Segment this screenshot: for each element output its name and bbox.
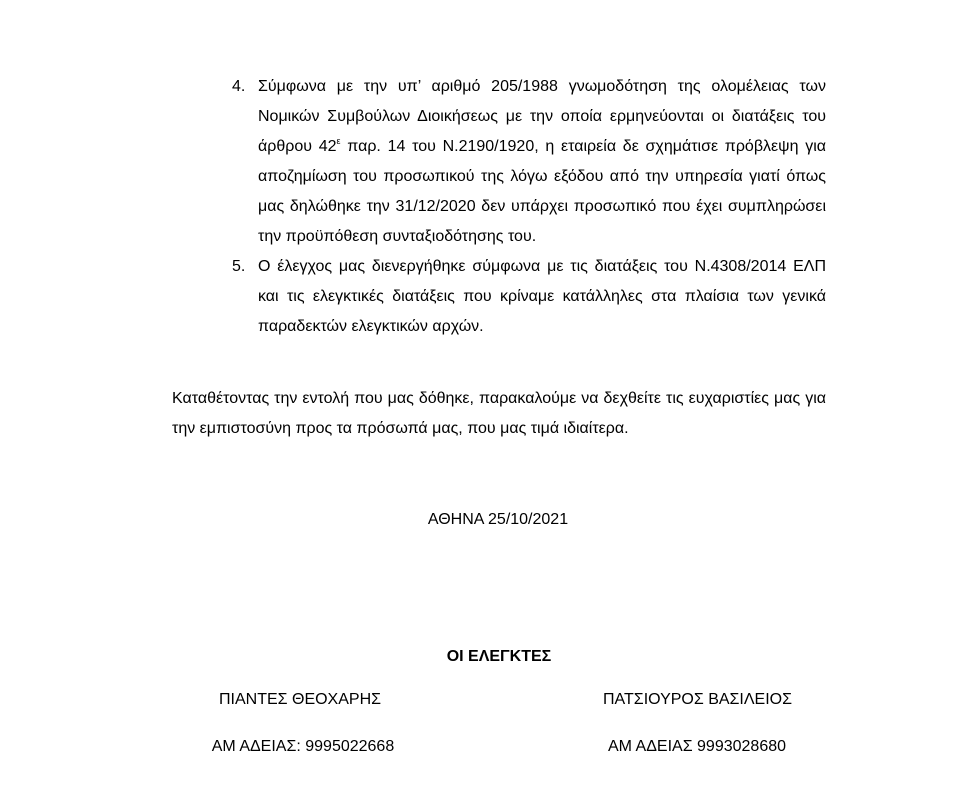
list-text-part: παρ. 14 του Ν.2190/1920, η εταιρεία δε σ… <box>258 138 826 245</box>
auditors-title: ΟΙ ΕΛΕΓΚΤΕΣ <box>0 645 965 669</box>
document-page: 4. Σύμφωνα με την υπ’ αριθμό 205/1988 γν… <box>0 0 965 793</box>
list-item-5: 5. Ο έλεγχος μας διενεργήθηκε σύμφωνα με… <box>232 252 826 342</box>
closing-paragraph: Καταθέτοντας την εντολή που μας δόθηκε, … <box>172 384 826 444</box>
numbered-list: 4. Σύμφωνα με την υπ’ αριθμό 205/1988 γν… <box>232 72 826 342</box>
signatory-left-license: ΑΜ ΑΔΕΙΑΣ: 9995022668 <box>190 735 416 759</box>
list-item-4: 4. Σύμφωνα με την υπ’ αριθμό 205/1988 γν… <box>232 72 826 252</box>
signatory-right-name: ΠΑΤΣΙΟΥΡΟΣ ΒΑΣΙΛΕΙΟΣ <box>580 688 815 712</box>
list-item-text: Σύμφωνα με την υπ’ αριθμό 205/1988 γνωμο… <box>258 78 826 245</box>
list-number: 5. <box>232 252 245 282</box>
list-number: 4. <box>232 72 245 102</box>
list-item-text: Ο έλεγχος μας διενεργήθηκε σύμφωνα με τι… <box>258 258 826 335</box>
signatory-left-name: ΠΙΑΝΤΕΣ ΘΕΟΧΑΡΗΣ <box>200 688 400 712</box>
place-date: ΑΘΗΝΑ 25/10/2021 <box>0 508 965 532</box>
signatory-right-license: ΑΜ ΑΔΕΙΑΣ 9993028680 <box>582 735 812 759</box>
